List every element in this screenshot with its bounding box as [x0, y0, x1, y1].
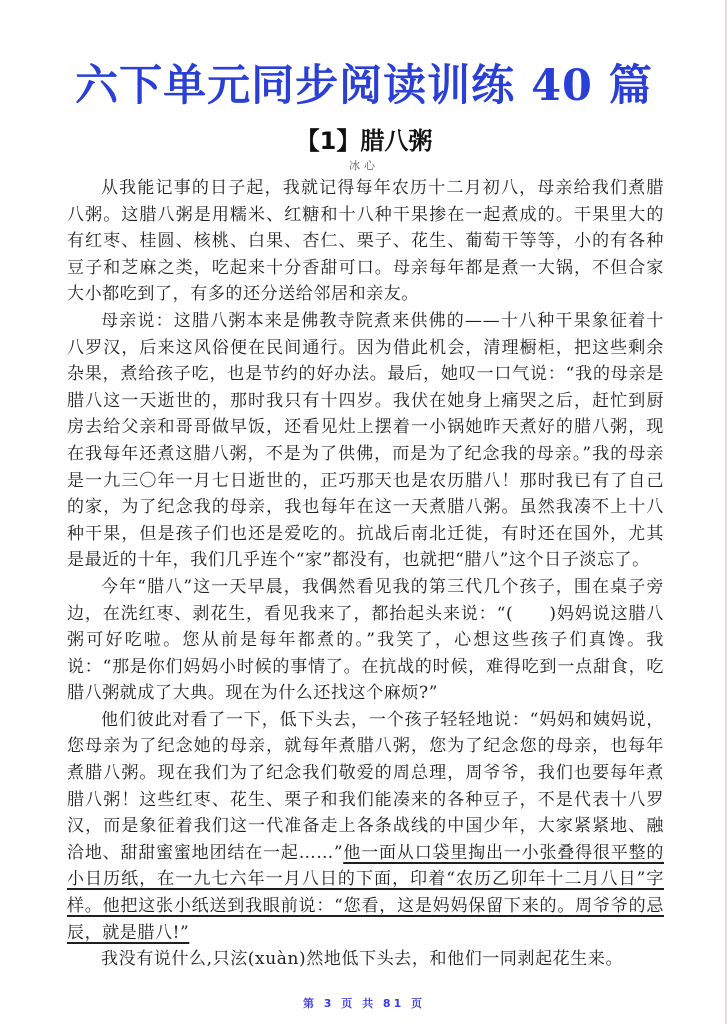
paragraph-4-text: 他们彼此对看了一下，低下头去，一个孩子轻轻地说：“妈妈和姨妈说，您母亲为了纪念她… [67, 710, 664, 863]
paragraph-1: 从我能记事的日子起，我就记得每年农历十二月初八，母亲给我们煮腊八粥。这腊八粥是用… [67, 175, 664, 308]
paragraph-4: 他们彼此对看了一下，低下头去，一个孩子轻轻地说：“妈妈和姨妈说，您母亲为了纪念她… [67, 707, 664, 946]
page-number-footer: 第 3 页 共 81 页 [0, 995, 728, 1011]
article-author: 冰心 [0, 158, 728, 174]
document-main-title: 六下单元同步阅读训练 40 篇 [0, 56, 728, 116]
paragraph-5: 我没有说什么,只泫(xuàn)然地低下头去，和他们一同剥起花生来。 [67, 946, 664, 973]
article-title: 【1】腊八粥 [0, 124, 728, 158]
paragraph-2: 母亲说：这腊八粥本来是佛教寺院煮来供佛的——十八种干果象征着十八罗汉，后来这风俗… [67, 308, 664, 574]
paragraph-3: 今年“腊八”这一天早晨，我偶然看见我的第三代几个孩子，围在桌子旁边，在洗红枣、剥… [67, 574, 664, 707]
article-body: 从我能记事的日子起，我就记得每年农历十二月初八，母亲给我们煮腊八粥。这腊八粥是用… [67, 175, 664, 973]
